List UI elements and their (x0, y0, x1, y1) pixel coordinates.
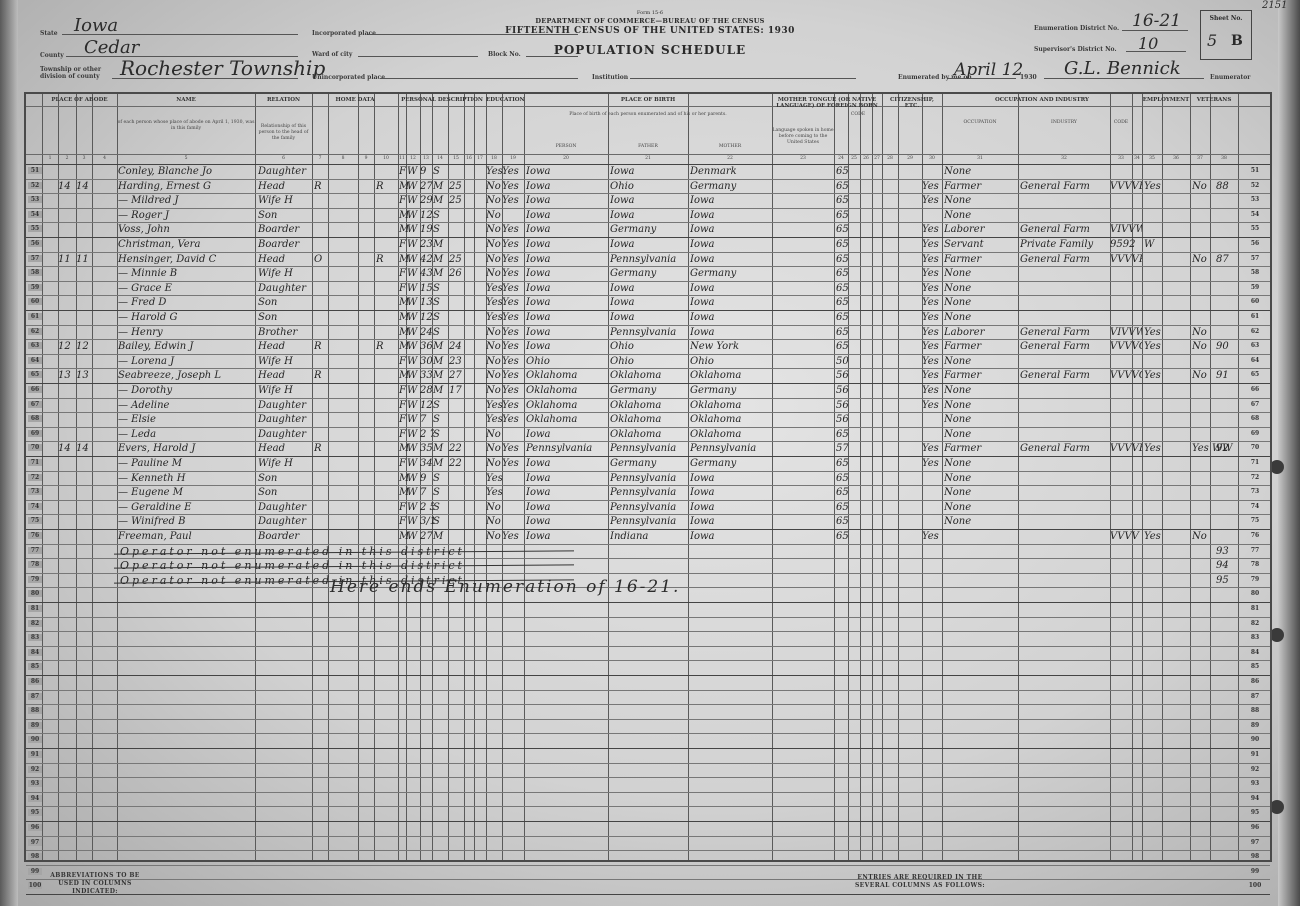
cell-family: 14 (76, 442, 92, 455)
cell-birth-mother: Oklahoma (690, 428, 772, 441)
cell-tenure: R (314, 340, 328, 353)
column-number: 10 (374, 156, 398, 161)
line-number: 59 (28, 284, 42, 291)
row-divider (26, 719, 1270, 720)
cell-occupation: None (944, 428, 1018, 441)
cell-occupation: None (944, 194, 1018, 207)
cell-code-lang: 65 (836, 165, 848, 178)
cell-race: W (407, 486, 420, 499)
column-divider (1110, 94, 1111, 860)
cell-age: 12 (420, 399, 434, 412)
line-number: 71 (28, 459, 42, 466)
enumeration-date: April 12 (954, 60, 1023, 80)
cell-birth-mother: Ohio (690, 355, 772, 368)
cell-age: 30 (420, 355, 434, 368)
column-divider (882, 94, 883, 860)
line-number-right: 81 (1248, 605, 1262, 612)
cell-veteran: No (1192, 340, 1210, 353)
cell-name: — Mildred J (118, 194, 255, 207)
line-number-right: 86 (1248, 678, 1262, 685)
column-number: 29 (898, 156, 922, 161)
cell-school: No (486, 326, 502, 339)
column-group-header: EMPLOYMENT (1142, 97, 1190, 103)
column-divider (1210, 94, 1211, 860)
cell-code-lang: 65 (836, 209, 848, 222)
cell-race: W (407, 472, 420, 485)
unincorporated-place-label: Unincorporated place (312, 74, 385, 81)
line-number-right: 84 (1248, 649, 1262, 656)
cell-veteran: Yes (1192, 442, 1210, 455)
cell-school: No (486, 253, 502, 266)
cell-read: Yes (502, 267, 524, 280)
cell-relation: Son (258, 486, 312, 499)
cell-code-lang: 65 (836, 428, 848, 441)
cell-dwelling: 14 (58, 180, 76, 193)
cell-code-lang: 65 (836, 486, 848, 499)
cell-age: 43 (420, 267, 434, 280)
cell-birth-person: Iowa (526, 194, 608, 207)
row-divider (26, 631, 1270, 632)
cell-birth-father: Iowa (610, 209, 688, 222)
cell-birth-father: Pennsylvania (610, 515, 688, 528)
cell-age: 35 (420, 442, 434, 455)
cell-name: Freeman, Paul (118, 530, 255, 543)
cell-worker: Yes (1144, 369, 1162, 382)
cell-code-lang: 65 (836, 515, 848, 528)
cell-name: Voss, John (118, 223, 255, 236)
cell-name: — Fred D (118, 296, 255, 309)
line-number: 78 (28, 561, 42, 568)
cell-industry: General Farm (1020, 369, 1110, 382)
line-number-right: 54 (1248, 211, 1262, 218)
cell-age-married: 25 (449, 194, 464, 207)
line-number-right: 70 (1248, 444, 1262, 451)
line-number-right: 88 (1248, 707, 1262, 714)
cell-age: 7 (420, 413, 434, 426)
cell-industry: General Farm (1020, 340, 1110, 353)
line-number-right: 55 (1248, 225, 1262, 232)
cell-industry: General Farm (1020, 180, 1110, 193)
cell-english: Yes (922, 311, 942, 324)
cell-race: W (407, 209, 420, 222)
cell-school: Yes (486, 311, 502, 324)
cell-birth-person: Iowa (526, 472, 608, 485)
cell-industry: General Farm (1020, 442, 1110, 455)
line-number-right: 82 (1248, 620, 1262, 627)
line-number: 88 (28, 707, 42, 714)
line-number: 93 (28, 780, 42, 787)
cell-relation: Wife H (258, 267, 312, 280)
cell-farm: 95 (1216, 574, 1238, 587)
township-value: Rochester Township (120, 56, 325, 80)
cell-relation: Head (258, 442, 312, 455)
cell-relation: Head (258, 180, 312, 193)
cell-industry: General Farm (1020, 326, 1110, 339)
line-number: 54 (28, 211, 42, 218)
line-number-right: 69 (1248, 430, 1262, 437)
cell-read: Yes (502, 355, 524, 368)
cell-english: Yes (922, 194, 942, 207)
cell-relation: Boarder (258, 223, 312, 236)
line-number-right: 90 (1248, 736, 1262, 743)
row-divider (26, 690, 1270, 691)
line-number: 95 (28, 809, 42, 816)
cell-farm: 88 (1216, 180, 1238, 193)
cell-name: Bailey, Edwin J (118, 340, 255, 353)
row-divider (26, 821, 1270, 822)
cell-race: W (407, 384, 420, 397)
line-number-right: 52 (1248, 182, 1262, 189)
cell-race: W (407, 442, 420, 455)
cell-race: W (407, 223, 420, 236)
cell-relation: Wife H (258, 355, 312, 368)
cell-occupation: None (944, 296, 1018, 309)
line-number: 55 (28, 225, 42, 232)
cell-dwelling: 12 (58, 340, 76, 353)
cell-birth-mother: Iowa (690, 282, 772, 295)
line-number-right: 57 (1248, 255, 1262, 262)
column-number: 26 (860, 156, 872, 161)
cell-read: Yes (502, 530, 524, 543)
cell-occupation: Farmer (944, 369, 1018, 382)
cell-birth-father: Oklahoma (610, 428, 688, 441)
line-number: 52 (28, 182, 42, 189)
column-divider (474, 94, 475, 860)
cell-race: W (407, 413, 420, 426)
cell-occupation: None (944, 413, 1018, 426)
row-divider (26, 777, 1270, 778)
cell-code-lang: 56 (836, 399, 848, 412)
cell-birth-father: Pennsylvania (610, 501, 688, 514)
cell-birth-mother: Iowa (690, 253, 772, 266)
line-number: 82 (28, 620, 42, 627)
cell-marital: M (433, 355, 448, 368)
column-number: 27 (872, 156, 882, 161)
line-number: 76 (28, 532, 42, 539)
column-number: 38 (1210, 156, 1238, 161)
line-number-right: 56 (1248, 240, 1262, 247)
cell-birth-mother: Iowa (690, 501, 772, 514)
stamp-number: 2151 (1262, 0, 1287, 11)
cell-birth-person: Iowa (526, 428, 608, 441)
cell-occupation: None (944, 457, 1018, 470)
line-number-right: 87 (1248, 693, 1262, 700)
column-divider (834, 94, 835, 860)
cell-name: — Elsie (118, 413, 255, 426)
cell-occ-code: VIVVW (1110, 326, 1142, 339)
line-number: 94 (28, 795, 42, 802)
cell-race: W (407, 267, 420, 280)
cell-race: W (407, 238, 420, 251)
cell-relation: Head (258, 340, 312, 353)
township-label: Township or other division of county (40, 66, 110, 80)
column-number: 9 (358, 156, 374, 161)
cell-code-lang: 65 (836, 311, 848, 324)
line-number-right: 97 (1248, 839, 1262, 846)
cell-school: No (486, 457, 502, 470)
column-group-header: HOME DATA (312, 97, 398, 103)
cell-relation: Daughter (258, 165, 312, 178)
column-number: 30 (922, 156, 942, 161)
line-number: 98 (28, 853, 42, 860)
cell-code-lang: 65 (836, 530, 848, 543)
line-number: 57 (28, 255, 42, 262)
punch-hole (1270, 628, 1284, 642)
cell-birth-person: Iowa (526, 486, 608, 499)
line-number: 68 (28, 415, 42, 422)
cell-occupation: Servant (944, 238, 1018, 251)
line-number-right: 94 (1248, 795, 1262, 802)
cell-birth-father: Ohio (610, 340, 688, 353)
cell-race: W (407, 340, 420, 353)
cell-relation: Wife H (258, 384, 312, 397)
cell-birth-person: Iowa (526, 282, 608, 295)
column-divider (1132, 94, 1133, 860)
line-number-right: 68 (1248, 415, 1262, 422)
cell-english: Yes (922, 253, 942, 266)
column-divider (1162, 94, 1163, 860)
cell-birth-father: Oklahoma (610, 369, 688, 382)
cell-relation: Daughter (258, 413, 312, 426)
cell-birth-father: Germany (610, 457, 688, 470)
column-group-header: OCCUPATION AND INDUSTRY (942, 97, 1142, 103)
cell-read: Yes (502, 253, 524, 266)
ward-line (358, 56, 478, 57)
cell-english: Yes (922, 223, 942, 236)
subheader-code2: CODE (1110, 120, 1132, 126)
cell-worker: W (1144, 238, 1162, 251)
cell-age-married: 24 (449, 340, 464, 353)
cell-dwelling: 14 (58, 442, 76, 455)
cell-read: Yes (502, 442, 524, 455)
column-divider (898, 94, 899, 860)
cell-birth-person: Iowa (526, 326, 608, 339)
column-divider (1142, 94, 1143, 860)
cell-radio: R (376, 340, 398, 353)
line-number-right: 76 (1248, 532, 1262, 539)
cell-english: Yes (922, 326, 942, 339)
row-divider (26, 748, 1270, 749)
line-number-right: 64 (1248, 357, 1262, 364)
cell-age-married: 23 (449, 355, 464, 368)
cell-english: Yes (922, 282, 942, 295)
cell-school: No (486, 369, 502, 382)
cell-birth-father: Iowa (610, 165, 688, 178)
cell-read: Yes (502, 340, 524, 353)
cell-race: W (407, 428, 420, 441)
cell-race: W (407, 165, 420, 178)
cell-school: No (486, 340, 502, 353)
cell-birth-father: Pennsylvania (610, 486, 688, 499)
cell-english: Yes (922, 267, 942, 280)
cell-code-lang: 65 (836, 223, 848, 236)
row-divider (26, 894, 1270, 895)
column-divider (502, 94, 503, 860)
column-divider (328, 94, 329, 860)
line-number: 51 (28, 167, 42, 174)
line-number-right: 74 (1248, 503, 1262, 510)
cell-birth-father: Oklahoma (610, 413, 688, 426)
cell-age: 29 (420, 194, 434, 207)
cell-birth-mother: Iowa (690, 530, 772, 543)
cell-code-lang: 65 (836, 501, 848, 514)
column-number: 25 (848, 156, 860, 161)
cell-occupation: None (944, 472, 1018, 485)
column-divider (312, 94, 313, 860)
cell-code-lang: 50 (836, 355, 848, 368)
cell-marital: M (433, 238, 448, 251)
column-divider (848, 94, 849, 860)
cell-read: Yes (502, 369, 524, 382)
cell-read: Yes (502, 326, 524, 339)
cell-school: No (486, 442, 502, 455)
cell-school: No (486, 515, 502, 528)
column-number: 13 (420, 156, 432, 161)
cell-name: — Roger J (118, 209, 255, 222)
column-divider (448, 94, 449, 860)
cell-relation: Son (258, 472, 312, 485)
line-number: 63 (28, 342, 42, 349)
line-number-right: 95 (1248, 809, 1262, 816)
year: 1930 (1020, 74, 1037, 81)
line-number-right: 61 (1248, 313, 1262, 320)
column-number: 18 (486, 156, 502, 161)
cell-relation: Wife H (258, 194, 312, 207)
cell-name: — Winifred B (118, 515, 255, 528)
cell-marital: S (433, 223, 448, 236)
cell-name: — Leda (118, 428, 255, 441)
line-number-right: 59 (1248, 284, 1262, 291)
cell-birth-person: Iowa (526, 209, 608, 222)
cell-birth-person: Oklahoma (526, 369, 608, 382)
line-number: 81 (28, 605, 42, 612)
cell-read: Yes (502, 180, 524, 193)
cell-relation: Son (258, 209, 312, 222)
line-number-right: 96 (1248, 824, 1262, 831)
cell-race: W (407, 296, 420, 309)
cell-name: Harding, Ernest G (118, 180, 255, 193)
end-of-enumeration-note: Here ends Enumeration of 16-21. (330, 577, 680, 597)
cell-birth-person: Iowa (526, 238, 608, 251)
line-number: 90 (28, 736, 42, 743)
cell-age: 33 (420, 369, 434, 382)
cell-veteran: No (1192, 369, 1210, 382)
cell-worker: Yes (1144, 530, 1162, 543)
cell-age: 27 (420, 530, 434, 543)
cell-age: 27 (420, 180, 434, 193)
cell-name: — Minnie B (118, 267, 255, 280)
cell-read: Yes (502, 413, 524, 426)
line-number-right: 72 (1248, 474, 1262, 481)
cell-code-lang: 65 (836, 326, 848, 339)
cell-occupation: None (944, 501, 1018, 514)
cell-name: — Dorothy (118, 384, 255, 397)
column-divider (772, 94, 773, 860)
cell-code-lang: 65 (836, 457, 848, 470)
column-number: 14 (432, 156, 448, 161)
cell-birth-person: Iowa (526, 340, 608, 353)
cell-read: Yes (502, 223, 524, 236)
line-number-right: 83 (1248, 634, 1262, 641)
cell-age-married: 22 (449, 457, 464, 470)
cell-age: 9 (420, 165, 434, 178)
cell-name: Seabreeze, Joseph L (118, 369, 255, 382)
cell-farm: 94 (1216, 559, 1238, 572)
line-number: 84 (28, 649, 42, 656)
cell-relation: Daughter (258, 428, 312, 441)
cell-school: No (486, 530, 502, 543)
cell-school: Yes (486, 165, 502, 178)
cell-school: No (486, 223, 502, 236)
cell-farm: 90 (1216, 340, 1238, 353)
subheader-mother: MOTHER (688, 144, 772, 150)
column-divider (872, 94, 873, 860)
census-sheet: Form 15-6 DEPARTMENT OF COMMERCE—BUREAU … (0, 0, 1300, 906)
punch-hole (1270, 800, 1284, 814)
cell-industry: General Farm (1020, 253, 1110, 266)
cell-dwelling: 11 (58, 253, 76, 266)
cell-english: Yes (922, 355, 942, 368)
block-label: Block No. (488, 51, 521, 58)
line-number-right: 93 (1248, 780, 1262, 787)
cell-name: — Geraldine E (118, 501, 255, 514)
line-number-right: 98 (1248, 853, 1262, 860)
cell-race: W (407, 194, 420, 207)
institution-label: Institution (592, 74, 628, 81)
cell-birth-mother: New York (690, 340, 772, 353)
line-number-right: 92 (1248, 766, 1262, 773)
cell-school: No (486, 209, 502, 222)
line-number: 91 (28, 751, 42, 758)
cell-birth-person: Iowa (526, 296, 608, 309)
column-divider (255, 94, 256, 860)
cell-occupation: Farmer (944, 442, 1018, 455)
cell-marital: M (433, 457, 448, 470)
column-number: 5 (117, 156, 255, 161)
cell-relation: Brother (258, 326, 312, 339)
column-divider (608, 94, 609, 860)
cell-birth-person: Iowa (526, 515, 608, 528)
cell-relation: Son (258, 311, 312, 324)
cell-birth-person: Oklahoma (526, 384, 608, 397)
cell-read: Yes (502, 238, 524, 251)
cell-age: 15 (420, 282, 434, 295)
cell-english: Yes (922, 530, 942, 543)
cell-worker: Yes (1144, 180, 1162, 193)
cell-marital: M (433, 194, 448, 207)
cell-occupation: None (944, 282, 1018, 295)
cell-name: Evers, Harold J (118, 442, 255, 455)
cell-read: Yes (502, 384, 524, 397)
cell-birth-person: Iowa (526, 501, 608, 514)
cell-relation: Head (258, 369, 312, 382)
cell-english: Yes (922, 296, 942, 309)
cell-marital: M (433, 180, 448, 193)
line-number-right: 85 (1248, 663, 1262, 670)
cell-read: Yes (502, 282, 524, 295)
line-number: 67 (28, 401, 42, 408)
cell-family: 11 (76, 253, 92, 266)
column-number-divider (26, 154, 1270, 155)
cell-birth-mother: Pennsylvania (690, 442, 772, 455)
cell-marital: M (433, 530, 448, 543)
cell-industry: Private Family (1020, 238, 1110, 251)
cell-relation: Boarder (258, 238, 312, 251)
cell-birth-person: Iowa (526, 180, 608, 193)
cell-worker: Yes (1144, 326, 1162, 339)
cell-school: No (486, 501, 502, 514)
cell-birth-person: Iowa (526, 165, 608, 178)
